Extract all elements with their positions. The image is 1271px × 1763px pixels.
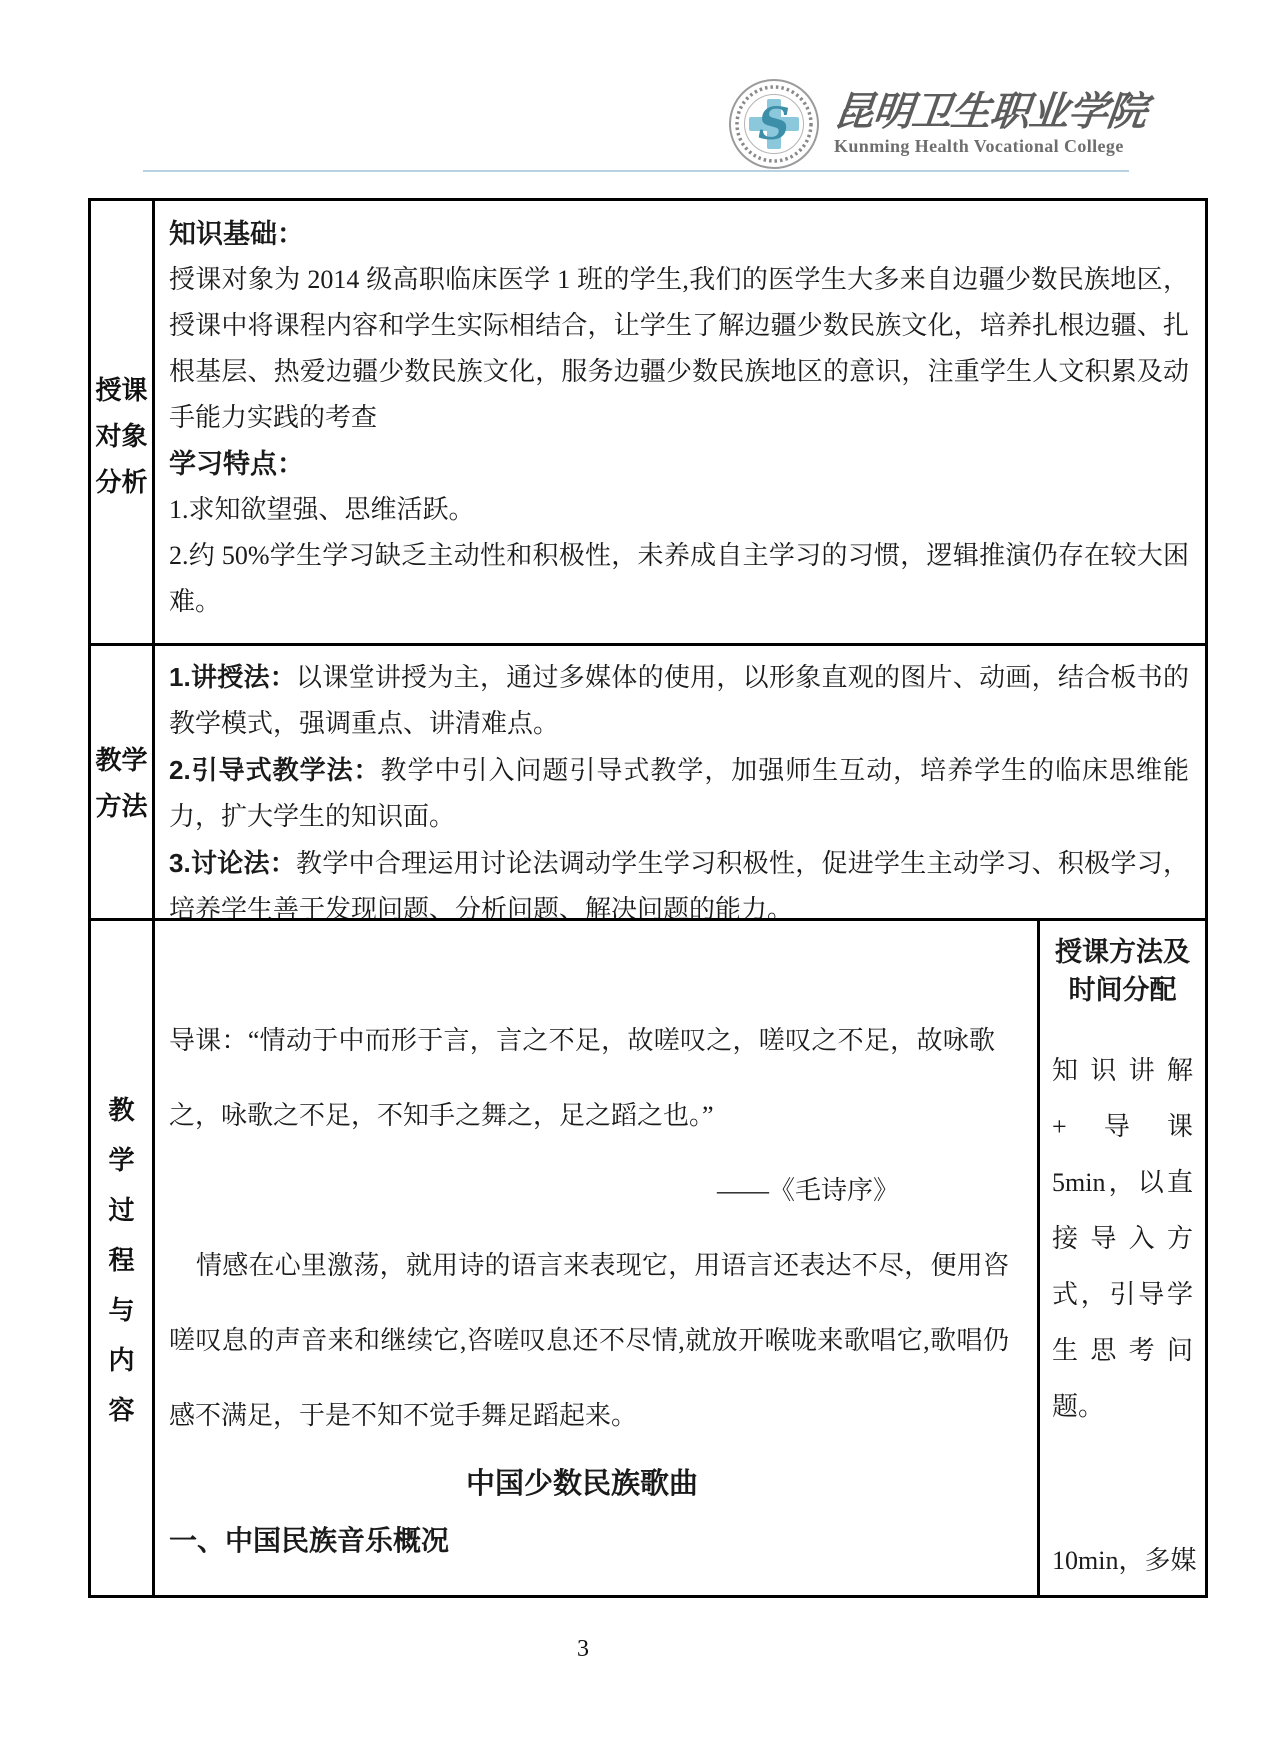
- method-lecture-title: 1.讲授法：: [169, 662, 296, 692]
- header-divider: [143, 170, 1129, 172]
- lesson-plan-table: 授课 对象 分析 知识基础： 授课对象为 2014 级高职临床医学 1 班的学生…: [88, 198, 1208, 1598]
- college-letterhead: S 昆明卫生职业学院 Kunming Health Vocational Col…: [728, 78, 1146, 170]
- document-page: S 昆明卫生职业学院 Kunming Health Vocational Col…: [0, 0, 1271, 1763]
- method-guided: 2.引导式教学法：教学中引入问题引导式教学，加强师生互动，培养学生的临床思维能力…: [169, 747, 1189, 840]
- college-name-english: Kunming Health Vocational College: [834, 134, 1146, 158]
- sidebar-time-note-2: 10min，多媒: [1052, 1541, 1193, 1581]
- learning-traits-heading: 学习特点：: [169, 441, 1189, 487]
- quote-attribution: ——《毛诗序》: [169, 1153, 1027, 1228]
- teaching-process-content: 导课：“情动于中而形于言，言之不足，故嗟叹之，嗟叹之不足，故咏歌之，咏歌之不足，…: [155, 921, 1205, 1595]
- method-time-sidebar: 授课方法及 时间分配 知识讲解+导课 5min，以直接导入方式，引导学生思考问题…: [1037, 921, 1205, 1595]
- method-discussion: 3.讨论法：教学中合理运用讨论法调动学生学习积极性，促进学生主动学习、积极学习，…: [169, 840, 1189, 921]
- svg-text:S: S: [758, 99, 790, 150]
- sidebar-header: 授课方法及 时间分配: [1052, 933, 1193, 1009]
- knowledge-base-text: 授课对象为 2014 级高职临床医学 1 班的学生,我们的医学生大多来自边疆少数…: [169, 257, 1189, 441]
- knowledge-base-heading: 知识基础：: [169, 211, 1189, 257]
- section-heading-1: 一、中国民族音乐概况: [169, 1513, 1027, 1569]
- learning-trait-1: 1.求知欲望强、思维活跃。: [169, 487, 1189, 533]
- learning-trait-2: 2.约 50%学生学习缺乏主动性和积极性，未养成自主学习的习惯，逻辑推演仍存在较…: [169, 533, 1189, 625]
- lesson-topic-title: 中国少数民族歌曲: [169, 1455, 995, 1513]
- college-name-calligraphy: 昆明卫生职业学院: [832, 90, 1149, 134]
- row-label-teaching-process: 教 学 过 程 与 内 容: [91, 921, 155, 1595]
- sidebar-time-note-1: 知识讲解+导课 5min，以直接导入方式，引导学生思考问题。: [1052, 1043, 1193, 1435]
- page-number: 3: [88, 1636, 1078, 1663]
- row-label-teaching-methods: 教学 方法: [91, 646, 155, 921]
- method-lecture: 1.讲授法：以课堂讲授为主，通过多媒体的使用，以形象直观的图片、动画，结合板书的…: [169, 654, 1189, 747]
- method-discussion-title: 3.讨论法：: [169, 848, 296, 878]
- audience-analysis-content: 知识基础： 授课对象为 2014 级高职临床医学 1 班的学生,我们的医学生大多…: [155, 201, 1205, 646]
- lesson-body: 导课：“情动于中而形于言，言之不足，故嗟叹之，嗟叹之不足，故咏歌之，咏歌之不足，…: [155, 921, 1037, 1595]
- teaching-methods-content: 1.讲授法：以课堂讲授为主，通过多媒体的使用，以形象直观的图片、动画，结合板书的…: [155, 646, 1205, 921]
- quote-explanation: 情感在心里激荡，就用诗的语言来表现它，用语言还表达不尽，便用咨嗟叹息的声音来和继…: [169, 1228, 1009, 1453]
- college-seal-icon: S: [728, 78, 820, 170]
- lesson-lead-in-quote: 导课：“情动于中而形于言，言之不足，故嗟叹之，嗟叹之不足，故咏歌之，咏歌之不足，…: [169, 1003, 995, 1153]
- row-label-audience-analysis: 授课 对象 分析: [91, 201, 155, 646]
- college-name-block: 昆明卫生职业学院 Kunming Health Vocational Colle…: [834, 90, 1146, 158]
- method-guided-title: 2.引导式教学法：: [169, 755, 381, 785]
